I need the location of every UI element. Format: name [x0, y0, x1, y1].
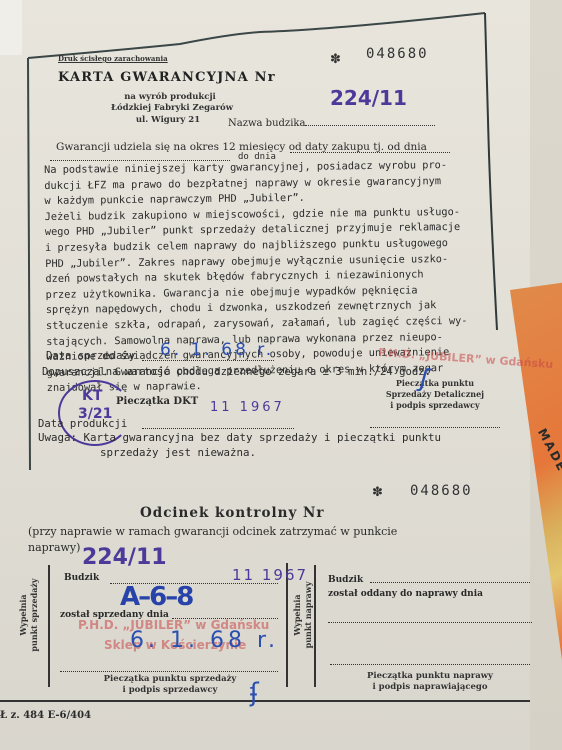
shop-stamp-caption: Pieczątka punktu Sprzedaży Detalicznej i… — [380, 378, 490, 411]
left-stamp-caption: Pieczątka punktu sprzedaży i podpis sprz… — [80, 674, 260, 696]
subtitle-line-2: Łódzkiej Fabryki Zegarów — [92, 103, 252, 113]
right-repair-field — [328, 622, 532, 623]
caption-line: i podpis naprawiającego — [350, 682, 510, 693]
caption-line: Sprzedaży Detalicznej — [380, 389, 490, 400]
sale-date-field — [142, 360, 274, 361]
left-alarm-label: Budzik — [64, 573, 99, 583]
dkt-stamp-line-1: KT — [82, 388, 102, 404]
side-label-line: punkt sprzedaży — [29, 565, 40, 665]
dkt-label: Pieczątka DKT — [116, 396, 198, 407]
left-stamp-field — [60, 671, 278, 672]
production-date-field — [142, 428, 294, 429]
model-field — [305, 125, 435, 126]
card-title: KARTA GWARANCYJNA Nr — [58, 70, 276, 85]
flower-icon: ✽ — [372, 485, 383, 500]
caption-line: Pieczątka punktu sprzedaży — [80, 674, 260, 685]
caption-line: Pieczątka punktu — [380, 378, 490, 389]
stub-bottom-border — [0, 700, 530, 702]
stub-left-border — [48, 565, 50, 687]
scribbled-mark: A–6–8 — [120, 582, 192, 612]
right-repair-label: został oddany do naprawy dnia — [328, 589, 483, 599]
note-line-2: sprzedaży jest nieważna. — [100, 446, 256, 459]
sale-date-label: Data sprzedaży — [46, 350, 135, 362]
subtitle-line-3: ul. Wigury 21 — [128, 115, 208, 125]
left-side-label: Wypełnia punkt sprzedaży — [18, 565, 40, 665]
card-serial-number: 048680 — [366, 46, 429, 62]
model-label: Nazwa budzika — [228, 118, 305, 129]
right-stamp-caption: Pieczątka punktu naprawy i podpis napraw… — [350, 671, 510, 693]
subtitle-line-1: na wyrób produkcji — [120, 92, 220, 102]
tolerance-line: Dopuszczalna wartość chodu dziennego zeg… — [42, 366, 431, 378]
sale-date-handwritten: 6. 1. 68 r. — [160, 340, 274, 360]
stub-title: Odcinek kontrolny Nr — [140, 505, 324, 521]
right-alarm-field — [370, 582, 530, 583]
print-note: Druk ścisłego zarachowania — [58, 54, 168, 63]
signature-mark: ʄ — [250, 678, 259, 708]
side-label-line: Wypełnia — [18, 565, 29, 665]
caption-line: i podpis sprzedawcy — [80, 685, 260, 696]
stub-right-inner-border — [314, 565, 316, 687]
print-code: Ł z. 484 E-6/404 — [0, 710, 91, 721]
right-alarm-label: Budzik — [328, 575, 363, 585]
caption-line: i podpis sprzedawcy — [380, 400, 490, 411]
flower-icon: ✽ — [330, 52, 341, 67]
left-alarm-handwritten: 11 1967 — [232, 566, 308, 584]
model-handwritten: 224/11 — [330, 86, 407, 110]
stub-instruction-1: (przy naprawie w ramach gwarancji odcine… — [28, 525, 397, 538]
caption-line: Pieczątka punktu naprawy — [350, 671, 510, 682]
production-date-label: Data produkcji — [38, 418, 127, 430]
note-line-1: Uwaga: Karta gwarancyjna bez daty sprzed… — [38, 431, 441, 444]
left-sold-handwritten: 6. 1. 68 r. — [130, 628, 279, 653]
until-field-right — [290, 152, 450, 153]
production-date-handwritten: 11 1967 — [210, 400, 285, 415]
stub-instruction-2: naprawy) — [28, 541, 80, 554]
stamp-field — [370, 427, 500, 428]
stub-model-handwritten: 224/11 — [82, 545, 167, 570]
stub-serial-number: 048680 — [410, 483, 473, 499]
right-stamp-field — [330, 664, 530, 665]
